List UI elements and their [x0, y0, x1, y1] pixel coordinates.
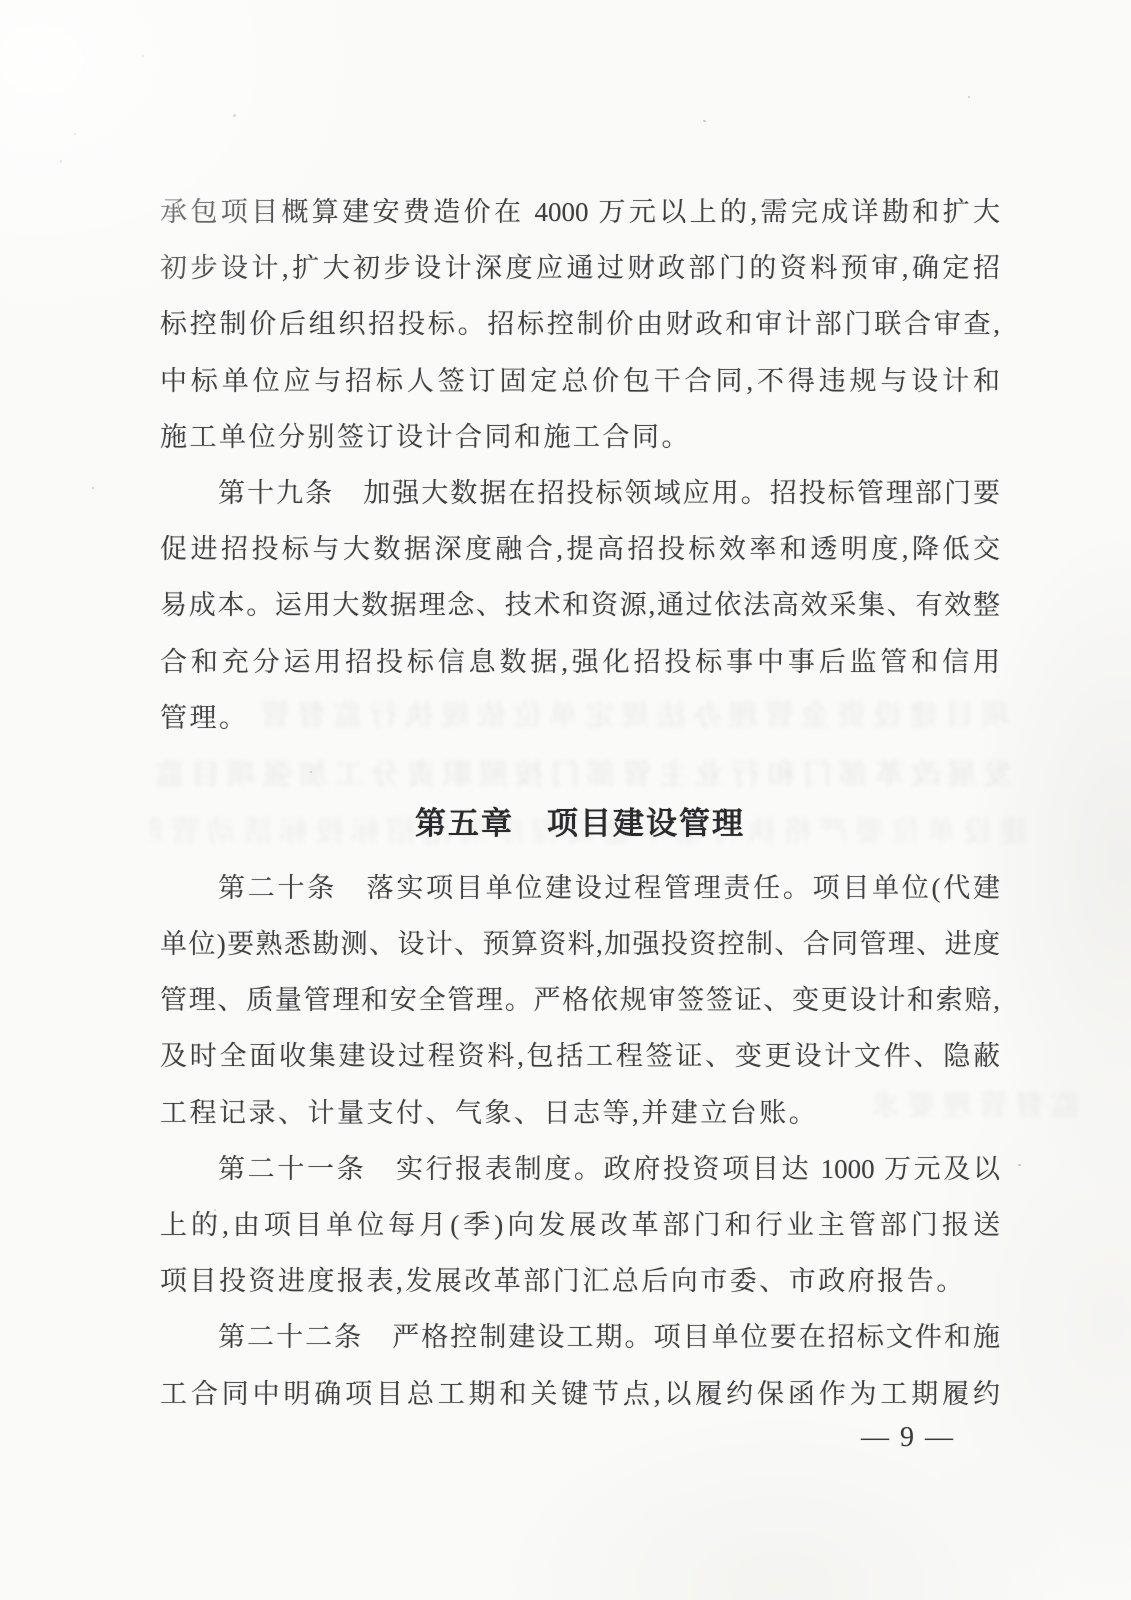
body-line: 及时全面收集建设过程资料,包括工程签证、变更设计文件、隐蔽: [160, 1028, 1000, 1084]
article-21-line: 第二十一条 实行报表制度。政府投资项目达 1000 万元及以: [160, 1141, 1000, 1197]
document-body: 承包项目概算建安费造价在 4000 万元以上的,需完成详勘和扩大 初步设计,扩大…: [160, 184, 1000, 1422]
article-20-line: 第二十条 落实项目单位建设过程管理责任。项目单位(代建: [160, 860, 1000, 916]
page-number: — 9 —: [861, 1420, 955, 1456]
scan-speck: [60, 160, 62, 163]
body-line: 中标单位应与招标人签订固定总价包干合同,不得违规与设计和: [160, 353, 1000, 409]
body-line: 管理、质量管理和安全管理。严格依规审签签证、变更设计和索赔,: [160, 972, 1000, 1028]
body-line: 促进招投标与大数据深度融合,提高招投标效率和透明度,降低交: [160, 521, 1000, 577]
body-line: 工合同中明确项目总工期和关键节点,以履约保函作为工期履约: [160, 1366, 1000, 1422]
body-line: 施工单位分别签订设计合同和施工合同。: [160, 409, 1000, 465]
body-line: 承包项目概算建安费造价在 4000 万元以上的,需完成详勘和扩大: [160, 184, 1000, 240]
article-19-line: 第十九条 加强大数据在招投标领域应用。招投标管理部门要: [160, 465, 1000, 521]
body-line: 标控制价后组织招投标。招标控制价由财政和审计部门联合审查,: [160, 296, 1000, 352]
body-line: 合和充分运用招投标信息数据,强化招投标事中事后监管和信用: [160, 634, 1000, 690]
scan-speck: [1018, 1164, 1021, 1166]
document-page: 项目建设资金管理办法规定单位依规执行监督管理 发展改革部门和行业主管部门按照职责…: [0, 0, 1131, 1600]
body-line: 易成本。运用大数据理念、技术和资源,通过依法高效采集、有效整: [160, 577, 1000, 633]
body-line: 管理。: [160, 690, 1000, 746]
scan-speck: [703, 120, 706, 122]
body-line: 单位)要熟悉勘测、设计、预算资料,加强投资控制、合同管理、进度: [160, 916, 1000, 972]
scan-speck: [74, 133, 76, 135]
body-line: 项目投资进度报表,发展改革部门汇总后向市委、市政府报告。: [160, 1253, 1000, 1309]
chapter-heading: 第五章 项目建设管理: [160, 788, 1000, 860]
scan-speck: [142, 55, 144, 57]
body-line: 初步设计,扩大初步设计深度应通过财政部门的资料预审,确定招: [160, 240, 1000, 296]
scan-speck: [968, 96, 970, 98]
scan-speck: [233, 114, 236, 117]
scan-speck: [92, 487, 94, 489]
body-line: 工程记录、计量支付、气象、日志等,并建立台账。: [160, 1085, 1000, 1141]
article-22-line: 第二十二条 严格控制建设工期。项目单位要在招标文件和施: [160, 1309, 1000, 1365]
body-line: 上的,由项目单位每月(季)向发展改革部门和行业主管部门报送: [160, 1197, 1000, 1253]
